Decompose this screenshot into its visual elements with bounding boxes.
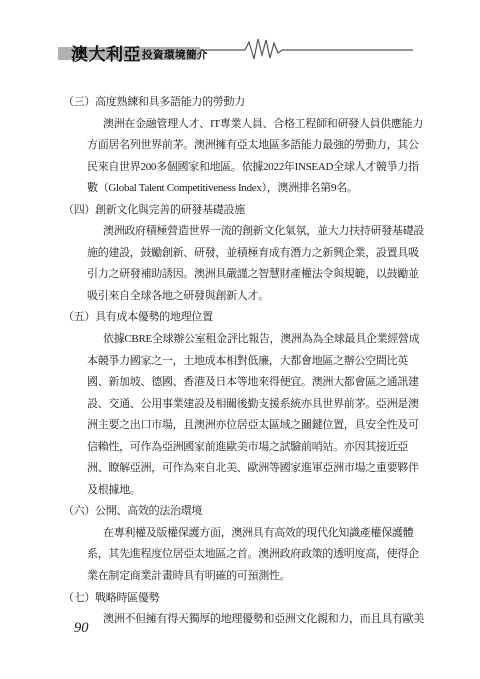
title-bar: 澳大利亞 投資環境簡介 [58,47,200,60]
body-text: （三）高度熟練和具多語能力的勞動力澳洲在金融管理人才、IT專業人員、合格工程師和… [63,92,425,631]
text-line: 依據CBRE全球辦公室租金評比報告，澳洲為為全球最具企業經營成 [63,329,425,351]
text-line: 民來自世界200多個國家和地區。依據2022年INSEAD全球人才競爭力指 [63,157,425,179]
text-line: 洲、瞭解亞洲，可作為來自北美、歐洲等國家進軍亞洲市場之重要夥伴 [63,458,425,480]
text-line: 設、交通、公用事業建設及相關後勤支援系統亦具世界前茅。亞洲是澳 [63,394,425,416]
text-line: 吸引來自全球各地之研發與創新人才。 [63,286,425,308]
text-line: 洲主要之出口市場，且澳洲亦位居亞太區域之關鍵位置，具安全性及可 [63,415,425,437]
text-line: 在專利權及版權保護方面，澳洲具有高效的現代化知識產權保護體 [63,523,425,545]
text-line: 澳洲在金融管理人才、IT專業人員、合格工程師和研發人員供應能力 [63,114,425,136]
text-line: 系，其先進程度位居亞太地區之首。澳洲政府政策的透明度高，使得企 [63,544,425,566]
text-line: 方面居名列世界前茅。澳洲擁有亞太地區多語能力最強的勞動力，其公 [63,135,425,157]
text-line: 信賴性，可作為亞洲國家前進歐美市場之試驗前哨站。亦因其接近亞 [63,437,425,459]
section-heading: （四）創新文化與完善的研發基礎設施 [63,200,425,222]
page-title-sub: 投資環境簡介 [142,50,208,60]
text-line: 施的建設，鼓勵創新、研發，並積極育成有潛力之新興企業，設置具吸 [63,243,425,265]
text-line: 業在制定商業計畫時具有明確的可預測性。 [63,566,425,588]
section-heading: （七）戰略時區優勢 [63,588,425,610]
section-heading: （三）高度熟練和具多語能力的勞動力 [63,92,425,114]
text-line: 本競爭力國家之一，土地成本相對低廉，大都會地區之辦公空間比英 [63,351,425,373]
text-line: 澳洲不但擁有得天獨厚的地理優勢和亞洲文化親和力，而且具有歐美 [63,609,425,631]
section-heading: （五）具有成本優勢的地理位置 [63,307,425,329]
text-line: 及根據地。 [63,480,425,502]
text-line: 引力之研發補助誘因。澳洲具嚴謹之智慧財產權法令與規範，以鼓勵並 [63,264,425,286]
text-line: 數（Global Talent Competitiveness Index），澳… [63,178,425,200]
text-line: 澳洲政府積極營造世界一流的創新文化氣氛，並大力扶持研發基礎設 [63,221,425,243]
heartbeat-line-icon [200,36,414,64]
page-number: 90 [74,620,89,637]
section-heading: （六）公開、高效的法治環境 [63,501,425,523]
document-page: 澳大利亞 投資環境簡介 （三）高度熟練和具多語能力的勞動力澳洲在金融管理人才、I… [0,0,480,679]
text-line: 國、新加坡、德國、香港及日本等地來得便宜。澳洲大都會區之通訊建 [63,372,425,394]
page-title-main: 澳大利亞 [71,49,141,60]
